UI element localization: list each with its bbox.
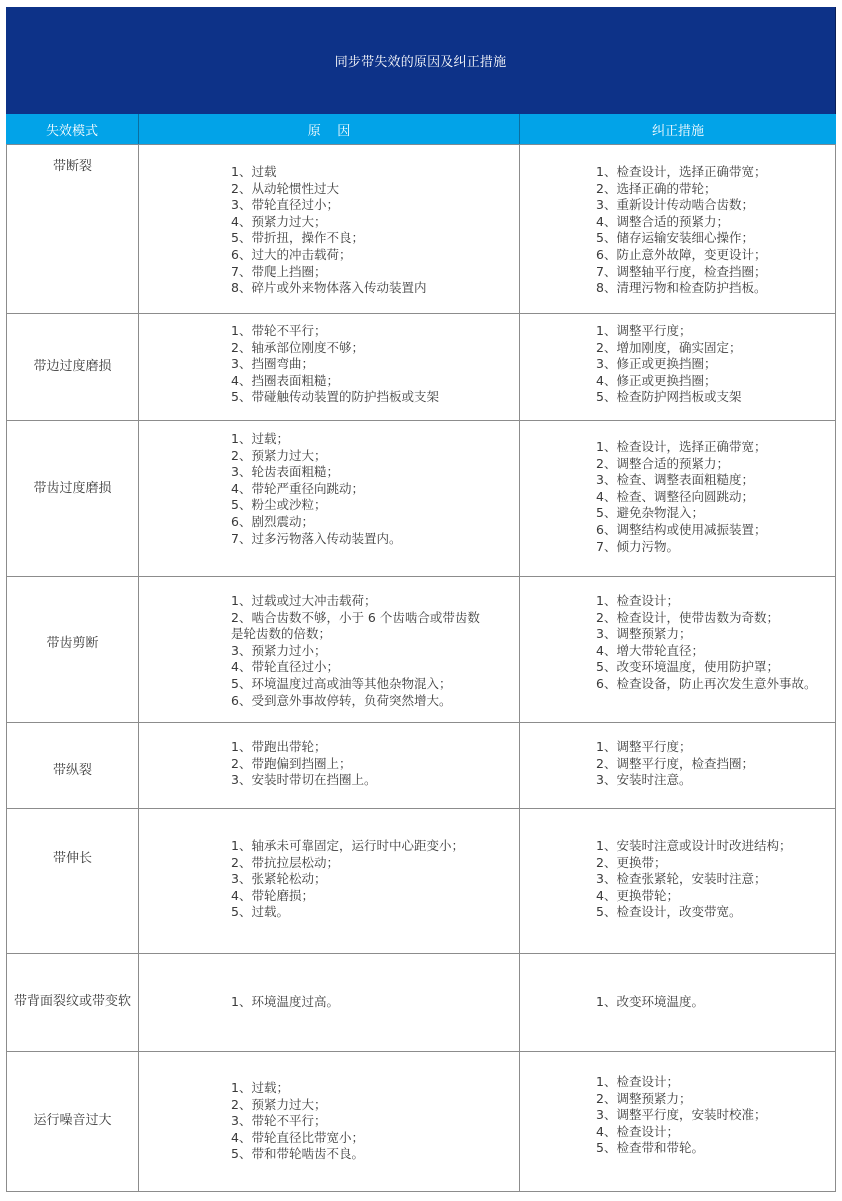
cause-item: 3、带轮直径过小； [231, 197, 426, 214]
header-failure-mode: 失效模式 [6, 114, 139, 144]
fix-item: 4、调整合适的预紧力； [596, 214, 766, 231]
cause-item: 5、粉尘或沙粒； [231, 497, 401, 514]
causes-cell: 1、过载或过大冲击载荷； 2、啮合齿数不够，小于 6 个齿啮合或带齿数是轮齿数的… [139, 577, 520, 722]
fix-item: 3、安装时注意。 [596, 772, 754, 789]
causes-list: 1、过载； 2、预紧力过大； 3、带轮不平行； 4、带轮直径比带宽小； 5、带和… [231, 1080, 364, 1163]
cause-item: 1、带轮不平行； [231, 323, 439, 340]
fix-item: 5、避免杂物混入； [596, 505, 766, 522]
fix-item: 4、检查设计； [596, 1124, 766, 1141]
failure-mode-label: 带断裂 [53, 159, 92, 176]
cause-item: 6、过大的冲击载荷； [231, 247, 426, 264]
fix-item: 6、防止意外故障，变更设计； [596, 247, 766, 264]
fixes-list: 1、改变环境温度。 [596, 994, 704, 1011]
cause-item: 6、受到意外事故停转，负荷突然增大。 [231, 693, 481, 710]
fix-item: 5、储存运输安装细心操作； [596, 230, 766, 247]
fix-item: 3、检查张紧轮，安装时注意； [596, 871, 791, 888]
causes-list: 1、过载或过大冲击载荷； 2、啮合齿数不够，小于 6 个齿啮合或带齿数是轮齿数的… [231, 593, 481, 709]
fixes-list: 1、检查设计； 2、检查设计，使带齿数为奇数； 3、调整预紧力； 4、增大带轮直… [596, 593, 816, 693]
cause-item: 1、轴承未可靠固定，运行时中心距变小； [231, 838, 464, 855]
fix-item: 4、更换带轮； [596, 888, 791, 905]
failure-mode-label: 运行噪音过大 [33, 1113, 111, 1130]
cause-item: 5、过载。 [231, 904, 464, 921]
fix-item: 1、检查设计； [596, 593, 816, 610]
failure-mode-label: 带伸长 [53, 851, 92, 868]
causes-list: 1、环境温度过高。 [231, 994, 339, 1011]
cause-item: 3、张紧轮松动； [231, 871, 464, 888]
cause-item: 1、过载 [231, 164, 426, 181]
fixes-list: 1、安装时注意或设计时改进结构； 2、更换带； 3、检查张紧轮，安装时注意； 4… [596, 838, 791, 921]
failure-mode-label: 带齿过度磨损 [33, 481, 111, 498]
cause-item: 2、带抗拉层松动； [231, 855, 464, 872]
table-row: 带边过度磨损 1、带轮不平行； 2、轴承部位刚度不够； 3、挡圈弯曲； 4、挡圈… [6, 314, 836, 421]
cause-item: 4、带轮严重径向跳动； [231, 481, 401, 498]
fix-item: 1、检查设计； [596, 1074, 766, 1091]
fixes-cell: 1、检查设计； 2、调整预紧力； 3、调整平行度，安装时校准； 4、检查设计； … [520, 1052, 835, 1191]
cause-item: 4、预紧力过大； [231, 214, 426, 231]
table-row: 带齿剪断 1、过载或过大冲击载荷； 2、啮合齿数不够，小于 6 个齿啮合或带齿数… [6, 577, 836, 723]
fixes-cell: 1、改变环境温度。 [520, 954, 835, 1051]
causes-list: 1、带跑出带轮； 2、带跑偏到挡圈上； 3、安装时带切在挡圈上。 [231, 739, 376, 789]
fix-item: 2、调整预紧力； [596, 1091, 766, 1108]
fix-item: 1、改变环境温度。 [596, 994, 704, 1011]
cause-item: 4、带轮直径比带宽小； [231, 1130, 364, 1147]
causes-list: 1、轴承未可靠固定，运行时中心距变小； 2、带抗拉层松动； 3、张紧轮松动； 4… [231, 838, 464, 921]
failure-mode-cell: 带边过度磨损 [7, 314, 139, 420]
causes-cell: 1、轴承未可靠固定，运行时中心距变小； 2、带抗拉层松动； 3、张紧轮松动； 4… [139, 809, 520, 953]
fix-item: 1、检查设计，选择正确带宽； [596, 439, 766, 456]
failure-mode-cell: 运行噪音过大 [7, 1052, 139, 1191]
fix-item: 3、检查、调整表面粗糙度； [596, 472, 766, 489]
failure-mode-label: 带背面裂纹或带变软 [14, 994, 131, 1011]
fix-item: 5、检查带和带轮。 [596, 1140, 766, 1157]
failure-mode-cell: 带伸长 [7, 809, 139, 953]
cause-item: 2、预紧力过大； [231, 1097, 364, 1114]
cause-item: 1、带跑出带轮； [231, 739, 376, 756]
fix-item: 1、调整平行度； [596, 323, 741, 340]
cause-item: 8、碎片或外来物体落入传动装置内 [231, 280, 426, 297]
fix-item: 1、调整平行度； [596, 739, 754, 756]
fix-item: 2、检查设计，使带齿数为奇数； [596, 610, 816, 627]
causes-cell: 1、过载； 2、预紧力过大； 3、带轮不平行； 4、带轮直径比带宽小； 5、带和… [139, 1052, 520, 1191]
fix-item: 7、倾力污物。 [596, 539, 766, 556]
cause-item: 1、过载； [231, 431, 401, 448]
cause-item: 1、环境温度过高。 [231, 994, 339, 1011]
fix-item: 5、改变环境温度，使用防护罩； [596, 659, 816, 676]
fix-item: 2、调整合适的预紧力； [596, 456, 766, 473]
fix-item: 1、安装时注意或设计时改进结构； [596, 838, 791, 855]
cause-item: 4、带轮直径过小； [231, 659, 481, 676]
cause-item: 1、过载； [231, 1080, 364, 1097]
fixes-cell: 1、检查设计，选择正确带宽； 2、调整合适的预紧力； 3、检查、调整表面粗糙度；… [520, 421, 835, 576]
fix-item: 6、调整结构或使用减振装置； [596, 522, 766, 539]
fix-item: 3、调整平行度，安装时校准； [596, 1107, 766, 1124]
fixes-cell: 1、安装时注意或设计时改进结构； 2、更换带； 3、检查张紧轮，安装时注意； 4… [520, 809, 835, 953]
fix-item: 2、选择正确的带轮； [596, 181, 766, 198]
fix-item: 4、检查、调整径向圆跳动； [596, 489, 766, 506]
cause-item: 2、带跑偏到挡圈上； [231, 756, 376, 773]
causes-list: 1、过载 2、从动轮惯性过大 3、带轮直径过小； 4、预紧力过大； 5、带折扭，… [231, 164, 426, 297]
header-causes: 原 因 [139, 114, 520, 144]
cause-item: 4、挡圈表面粗糙； [231, 373, 439, 390]
cause-item: 5、环境温度过高或油等其他杂物混入； [231, 676, 481, 693]
cause-item: 1、过载或过大冲击载荷； [231, 593, 481, 610]
fix-item: 2、更换带； [596, 855, 791, 872]
fix-item: 2、增加刚度，确实固定； [596, 340, 741, 357]
table-row: 带齿过度磨损 1、过载； 2、预紧力过大； 3、轮齿表面粗糙； 4、带轮严重径向… [6, 421, 836, 577]
cause-item: 3、带轮不平行； [231, 1113, 364, 1130]
failure-mode-cell: 带齿剪断 [7, 577, 139, 722]
causes-cell: 1、环境温度过高。 [139, 954, 520, 1051]
fix-item: 3、调整预紧力； [596, 626, 816, 643]
failure-mode-cell: 带断裂 [7, 145, 139, 313]
fixes-list: 1、检查设计，选择正确带宽； 2、调整合适的预紧力； 3、检查、调整表面粗糙度；… [596, 439, 766, 555]
fixes-cell: 1、调整平行度； 2、增加刚度，确实固定； 3、修正或更换挡圈； 4、修正或更换… [520, 314, 835, 420]
cause-item: 2、从动轮惯性过大 [231, 181, 426, 198]
cause-item: 2、啮合齿数不够，小于 6 个齿啮合或带齿数是轮齿数的倍数； [231, 610, 481, 643]
cause-item: 3、预紧力过小； [231, 643, 481, 660]
failure-mode-label: 带齿剪断 [46, 636, 98, 653]
fix-item: 6、检查设备，防止再次发生意外事故。 [596, 676, 816, 693]
causes-list: 1、带轮不平行； 2、轴承部位刚度不够； 3、挡圈弯曲； 4、挡圈表面粗糙； 5… [231, 323, 439, 406]
fix-item: 5、检查防护网挡板或支架 [596, 389, 741, 406]
causes-cell: 1、带跑出带轮； 2、带跑偏到挡圈上； 3、安装时带切在挡圈上。 [139, 723, 520, 808]
table-row: 带背面裂纹或带变软 1、环境温度过高。 1、改变环境温度。 [6, 954, 836, 1052]
causes-list: 1、过载； 2、预紧力过大； 3、轮齿表面粗糙； 4、带轮严重径向跳动； 5、粉… [231, 431, 401, 547]
failure-mode-label: 带纵裂 [53, 763, 92, 780]
fix-item: 2、调整平行度，检查挡圈； [596, 756, 754, 773]
cause-item: 3、挡圈弯曲； [231, 356, 439, 373]
fix-item: 3、修正或更换挡圈； [596, 356, 741, 373]
cause-item: 5、带折扭，操作不良； [231, 230, 426, 247]
fix-item: 4、修正或更换挡圈； [596, 373, 741, 390]
failure-mode-label: 带边过度磨损 [33, 359, 111, 376]
causes-cell: 1、过载 2、从动轮惯性过大 3、带轮直径过小； 4、预紧力过大； 5、带折扭，… [139, 145, 520, 313]
cause-item: 5、带和带轮啮齿不良。 [231, 1146, 364, 1163]
fix-item: 4、增大带轮直径； [596, 643, 816, 660]
fixes-cell: 1、检查设计； 2、检查设计，使带齿数为奇数； 3、调整预紧力； 4、增大带轮直… [520, 577, 835, 722]
table-row: 带纵裂 1、带跑出带轮； 2、带跑偏到挡圈上； 3、安装时带切在挡圈上。 1、调… [6, 723, 836, 809]
header-corrective-measures: 纠正措施 [520, 114, 836, 144]
fixes-list: 1、调整平行度； 2、调整平行度，检查挡圈； 3、安装时注意。 [596, 739, 754, 789]
failure-table: 同步带失效的原因及纠正措施 失效模式 原 因 纠正措施 带断裂 1、过载 2、从… [6, 7, 836, 1192]
cause-item: 7、过多污物落入传动装置内。 [231, 531, 401, 548]
cause-item: 5、带碰触传动装置的防护挡板或支架 [231, 389, 439, 406]
table-header-row: 失效模式 原 因 纠正措施 [6, 114, 836, 145]
table-row: 带伸长 1、轴承未可靠固定，运行时中心距变小； 2、带抗拉层松动； 3、张紧轮松… [6, 809, 836, 954]
failure-mode-cell: 带齿过度磨损 [7, 421, 139, 576]
fixes-cell: 1、调整平行度； 2、调整平行度，检查挡圈； 3、安装时注意。 [520, 723, 835, 808]
fix-item: 1、检查设计，选择正确带宽； [596, 164, 766, 181]
cause-item: 4、带轮磨损； [231, 888, 464, 905]
fix-item: 5、检查设计，改变带宽。 [596, 904, 791, 921]
table-title: 同步带失效的原因及纠正措施 [6, 7, 836, 114]
failure-mode-cell: 带背面裂纹或带变软 [7, 954, 139, 1051]
table-row: 运行噪音过大 1、过载； 2、预紧力过大； 3、带轮不平行； 4、带轮直径比带宽… [6, 1052, 836, 1192]
cause-item: 3、轮齿表面粗糙； [231, 464, 401, 481]
cause-item: 2、轴承部位刚度不够； [231, 340, 439, 357]
table-row: 带断裂 1、过载 2、从动轮惯性过大 3、带轮直径过小； 4、预紧力过大； 5、… [6, 145, 836, 314]
cause-item: 6、剧烈震动； [231, 514, 401, 531]
cause-item: 7、带爬上挡圈； [231, 264, 426, 281]
fixes-list: 1、检查设计； 2、调整预紧力； 3、调整平行度，安装时校准； 4、检查设计； … [596, 1074, 766, 1157]
causes-cell: 1、带轮不平行； 2、轴承部位刚度不够； 3、挡圈弯曲； 4、挡圈表面粗糙； 5… [139, 314, 520, 420]
fixes-list: 1、调整平行度； 2、增加刚度，确实固定； 3、修正或更换挡圈； 4、修正或更换… [596, 323, 741, 406]
fix-item: 8、清理污物和检查防护挡板。 [596, 280, 766, 297]
causes-cell: 1、过载； 2、预紧力过大； 3、轮齿表面粗糙； 4、带轮严重径向跳动； 5、粉… [139, 421, 520, 576]
fix-item: 3、重新设计传动啮合齿数； [596, 197, 766, 214]
fixes-list: 1、检查设计，选择正确带宽； 2、选择正确的带轮； 3、重新设计传动啮合齿数； … [596, 164, 766, 297]
failure-mode-cell: 带纵裂 [7, 723, 139, 808]
cause-item: 2、预紧力过大； [231, 448, 401, 465]
fix-item: 7、调整轴平行度，检查挡圈； [596, 264, 766, 281]
fixes-cell: 1、检查设计，选择正确带宽； 2、选择正确的带轮； 3、重新设计传动啮合齿数； … [520, 145, 835, 313]
cause-item: 3、安装时带切在挡圈上。 [231, 772, 376, 789]
